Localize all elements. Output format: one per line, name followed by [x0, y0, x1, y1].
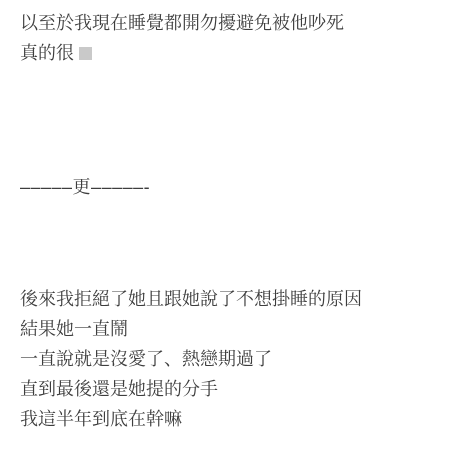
post-line: 以至於我現在睡覺都開勿擾避免被他吵死	[20, 8, 466, 38]
post-line: 我這半年到底在幹嘛	[20, 404, 466, 434]
paragraph-top: 以至於我現在睡覺都開勿擾避免被他吵死 真的很	[20, 8, 466, 68]
paragraph-bottom: 後來我拒絕了她且跟她說了不想掛睡的原因 結果她一直鬧 一直說就是沒愛了、熱戀期過…	[20, 284, 466, 434]
post-body: 以至於我現在睡覺都開勿擾避免被他吵死 真的很 –––––更–––––- 後來我拒…	[0, 0, 476, 458]
censored-block-icon	[79, 47, 92, 60]
post-line-text: 真的很	[20, 43, 74, 63]
section-divider: –––––更–––––-	[20, 172, 466, 202]
post-line: 結果她一直鬧	[20, 314, 466, 344]
post-line: 直到最後還是她提的分手	[20, 374, 466, 404]
post-line: 一直說就是沒愛了、熱戀期過了	[20, 344, 466, 374]
post-line: 後來我拒絕了她且跟她說了不想掛睡的原因	[20, 284, 466, 314]
divider-text: –––––更–––––-	[20, 172, 466, 202]
post-line: 真的很	[20, 38, 466, 68]
